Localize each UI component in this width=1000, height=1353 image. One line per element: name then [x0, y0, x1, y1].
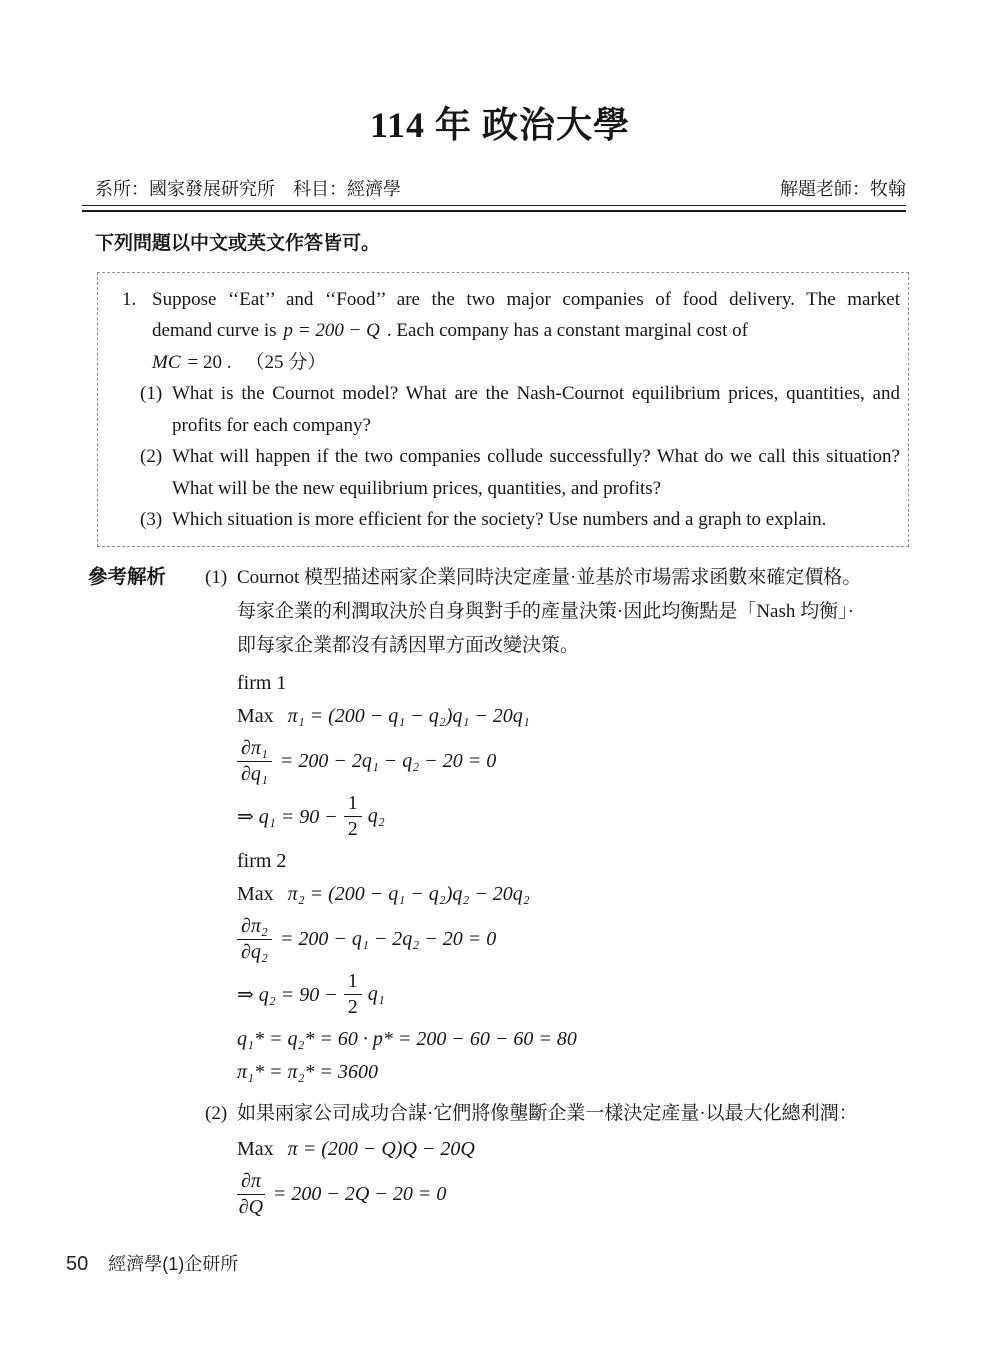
question-number: 1. — [122, 284, 152, 379]
math-block-results: q₁* = q₂* = 60 · p* = 200 − 60 − 60 = 80… — [237, 1025, 1000, 1087]
firm2-heading: firm 2 — [237, 847, 1000, 876]
solution-part1-body: Cournot 模型描述兩家企業同時決定產量·並基於市場需求函數來確定價格。 每… — [237, 561, 906, 663]
foc-rest: = 200 − q₁ − 2q₂ − 20 = 0 — [280, 928, 496, 951]
max-operator: Max — [237, 883, 274, 905]
best-response-pre: ⇒ q₁ = 90 − — [237, 804, 338, 829]
intro-line3-value: = 20 . — [188, 352, 232, 373]
sub-question-text: What will happen if the two companies co… — [172, 441, 900, 504]
sub-question-label: (2) — [140, 441, 172, 504]
firm1-best-response: ⇒ q₁ = 90 − 1 2 q₂ — [237, 792, 1000, 841]
max-expression: π₁ = (200 − q₁ − q₂)q₁ − 20q₁ — [288, 705, 530, 727]
sub-question-label: (3) — [140, 504, 172, 536]
firm1-heading: firm 1 — [237, 669, 1000, 698]
partial-derivative-fraction: ∂π₁ ∂q₁ — [237, 737, 272, 786]
fraction-numerator: ∂π₂ — [237, 915, 272, 940]
half-fraction: 1 2 — [344, 792, 362, 841]
fraction-numerator: ∂π₁ — [237, 737, 272, 762]
foc-rest: = 200 − 2Q − 20 = 0 — [273, 1183, 446, 1206]
solution-paragraph-line: 即每家企業都沒有誘因單方面改變決策。 — [237, 629, 906, 663]
max-operator: Max — [237, 705, 274, 727]
monopoly-foc-equation: ∂π ∂Q = 200 − 2Q − 20 = 0 — [237, 1170, 1000, 1219]
firm2-foc-equation: ∂π₂ ∂q₂ = 200 − q₁ − 2q₂ − 20 = 0 — [237, 915, 1000, 964]
question-sub-item-3: (3) Which situation is more efficient fo… — [140, 504, 900, 536]
equilibrium-profits: π₁* = π₂* = 3600 — [237, 1058, 1000, 1087]
question-sub-item-1: (1) What is the Cournot model? What are … — [140, 378, 900, 441]
intro-line2-text-after: . Each company has a constant marginal c… — [387, 320, 748, 341]
best-response-post: q₂ — [368, 805, 385, 828]
max-expression: π₂ = (200 − q₁ − q₂)q₂ − 20q₂ — [288, 883, 530, 905]
question-intro-line2: demand curve isp = 200 − Q. Each company… — [152, 315, 900, 347]
page-title: 114 年 政治大學 — [0, 0, 1000, 149]
page-footer: 50 經濟學(1)企研所 — [66, 1250, 238, 1276]
best-response-pre: ⇒ q₂ = 90 − — [237, 982, 338, 1007]
question-intro-line3: MC= 20 .（25 分） — [152, 347, 900, 379]
question-sub-item-2: (2) What will happen if the two companie… — [140, 441, 900, 504]
math-block-firm1: firm 1 Maxπ₁ = (200 − q₁ − q₂)q₁ − 20q₁ … — [237, 669, 1000, 841]
firm1-foc-equation: ∂π₁ ∂q₁ = 200 − 2q₁ − q₂ − 20 = 0 — [237, 737, 1000, 786]
department-subject-label: 系所：國家發展研究所 科目：經濟學 — [95, 177, 401, 201]
best-response-post: q₁ — [368, 983, 385, 1006]
partial-derivative-fraction: ∂π₂ ∂q₂ — [237, 915, 272, 964]
equilibrium-quantities-price: q₁* = q₂* = 60 · p* = 200 − 60 − 60 = 80 — [237, 1025, 1000, 1054]
sub-question-text: Which situation is more efficient for th… — [172, 504, 900, 536]
footer-book-title: 經濟學(1)企研所 — [108, 1250, 238, 1276]
partial-derivative-fraction: ∂π ∂Q — [237, 1170, 265, 1219]
meta-row: 系所：國家發展研究所 科目：經濟學 解題老師：牧翰 — [95, 177, 906, 201]
firm1-max-equation: Maxπ₁ = (200 − q₁ − q₂)q₁ − 20q₁ — [237, 702, 1000, 731]
fraction-denominator: 2 — [348, 995, 358, 1019]
solution-paragraph-line: 每家企業的利潤取決於自身與對手的產量決策·因此均衡點是「Nash 均衡」· — [237, 595, 906, 629]
max-expression: π = (200 − Q)Q − 20Q — [288, 1138, 475, 1160]
question-box: 1. Suppose ‘‘Eat’’ and ‘‘Food’’ are the … — [97, 272, 909, 547]
intro-line2-text: demand curve is — [152, 320, 277, 341]
intro-line3-math: MC — [152, 352, 181, 373]
half-fraction: 1 2 — [344, 970, 362, 1019]
max-operator: Max — [237, 1138, 274, 1160]
instruction-note: 下列問題以中文或英文作答皆可。 — [95, 228, 905, 255]
fraction-numerator: 1 — [344, 792, 362, 817]
firm2-max-equation: Maxπ₂ = (200 − q₁ − q₂)q₂ − 20q₂ — [237, 880, 1000, 909]
question-body: Suppose ‘‘Eat’’ and ‘‘Food’’ are the two… — [152, 284, 900, 379]
foc-rest: = 200 − 2q₁ − q₂ − 20 = 0 — [280, 750, 496, 773]
document-page: 114 年 政治大學 系所：國家發展研究所 科目：經濟學 解題老師：牧翰 下列問… — [0, 0, 1000, 1353]
solution-part2-label: (2) — [205, 1097, 237, 1131]
sub-question-text: What is the Cournot model? What are the … — [172, 378, 900, 441]
solution-part2: (2) 如果兩家公司成功合謀·它們將像壟斷企業一樣決定產量·以最大化總利潤： — [205, 1097, 906, 1131]
fraction-denominator: 2 — [348, 817, 358, 841]
intro-line3-points: （25 分） — [245, 352, 326, 373]
math-block-firm2: firm 2 Maxπ₂ = (200 − q₁ − q₂)q₂ − 20q₂ … — [237, 847, 1000, 1019]
page-number: 50 — [66, 1253, 88, 1276]
fraction-denominator: ∂Q — [239, 1195, 263, 1219]
sub-question-label: (1) — [140, 378, 172, 441]
fraction-numerator: ∂π — [237, 1170, 265, 1195]
solution-section: 參考解析 (1) Cournot 模型描述兩家企業同時決定產量·並基於市場需求函… — [88, 561, 906, 663]
question-main: 1. Suppose ‘‘Eat’’ and ‘‘Food’’ are the … — [122, 284, 900, 379]
math-block-monopoly: Maxπ = (200 − Q)Q − 20Q ∂π ∂Q = 200 − 2Q… — [237, 1135, 1000, 1219]
solution-heading: 參考解析 — [88, 561, 205, 663]
solution-part1-label: (1) — [205, 561, 237, 663]
header-divider-rule — [82, 205, 906, 212]
solution-paragraph-line: Cournot 模型描述兩家企業同時決定產量·並基於市場需求函數來確定價格。 — [237, 561, 906, 595]
question-intro-line1: Suppose ‘‘Eat’’ and ‘‘Food’’ are the two… — [152, 284, 900, 316]
intro-line2-math: p = 200 − Q — [284, 320, 380, 341]
instructor-label: 解題老師：牧翰 — [780, 177, 906, 201]
solution-part2-text: 如果兩家公司成功合謀·它們將像壟斷企業一樣決定產量·以最大化總利潤： — [237, 1097, 906, 1131]
fraction-denominator: ∂q₁ — [241, 762, 268, 786]
fraction-denominator: ∂q₂ — [241, 940, 268, 964]
monopoly-max-equation: Maxπ = (200 − Q)Q − 20Q — [237, 1135, 1000, 1164]
fraction-numerator: 1 — [344, 970, 362, 995]
firm2-best-response: ⇒ q₂ = 90 − 1 2 q₁ — [237, 970, 1000, 1019]
